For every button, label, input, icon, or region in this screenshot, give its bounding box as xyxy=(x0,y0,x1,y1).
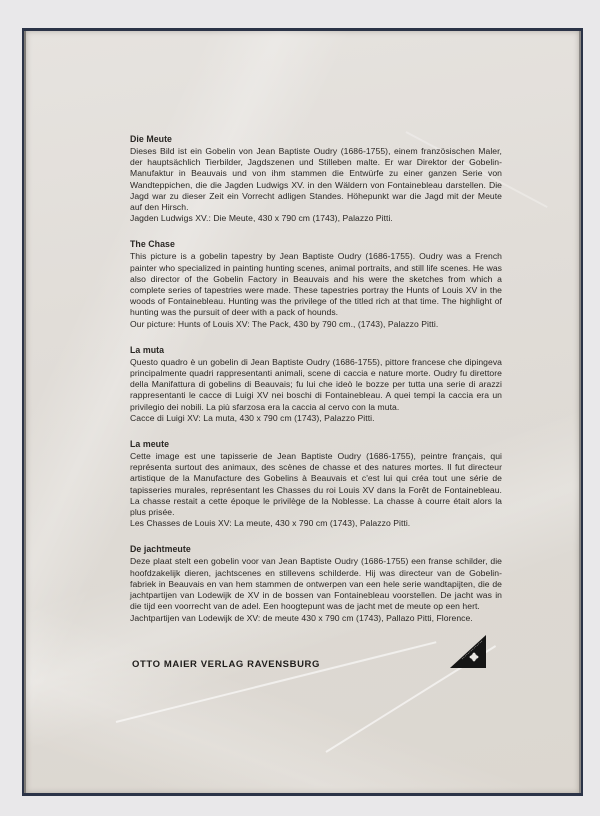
section-heading: De jachtmeute xyxy=(130,544,502,555)
section-body: Dieses Bild ist ein Gobelin von Jean Bap… xyxy=(130,146,502,213)
ravensburger-triangle-logo-icon xyxy=(448,633,488,669)
section-heading: La muta xyxy=(130,345,502,356)
section-heading: La meute xyxy=(130,439,502,450)
section-french: La meute Cette image est une tapisserie … xyxy=(130,439,502,529)
section-credit: Les Chasses de Louis XV: La meute, 430 x… xyxy=(130,518,502,529)
section-body: Questo quadro è un gobelin di Jean Bapti… xyxy=(130,357,502,413)
section-german: Die Meute Dieses Bild ist ein Gobelin vo… xyxy=(130,134,502,224)
section-heading: The Chase xyxy=(130,239,502,250)
section-heading: Die Meute xyxy=(130,134,502,145)
description-text: Die Meute Dieses Bild ist ein Gobelin vo… xyxy=(130,134,502,639)
section-credit: Cacce di Luigi XV: La muta, 430 x 790 cm… xyxy=(130,413,502,424)
publisher-name: OTTO MAIER VERLAG RAVENSBURG xyxy=(132,659,320,670)
section-dutch: De jachtmeute Deze plaat stelt een gobel… xyxy=(130,544,502,623)
section-credit: Jagden Ludwigs XV.: Die Meute, 430 x 790… xyxy=(130,213,502,224)
section-body: Deze plaat stelt een gobelin voor van Je… xyxy=(130,556,502,612)
section-credit: Jachtpartijen van Lodewijk de XV: de meu… xyxy=(130,613,502,624)
section-italian: La muta Questo quadro è un gobelin di Je… xyxy=(130,345,502,424)
section-body: This picture is a gobelin tapestry by Je… xyxy=(130,251,502,318)
section-body: Cette image est une tapisserie de Jean B… xyxy=(130,451,502,518)
section-english: The Chase This picture is a gobelin tape… xyxy=(130,239,502,329)
section-credit: Our picture: Hunts of Louis XV: The Pack… xyxy=(130,319,502,330)
